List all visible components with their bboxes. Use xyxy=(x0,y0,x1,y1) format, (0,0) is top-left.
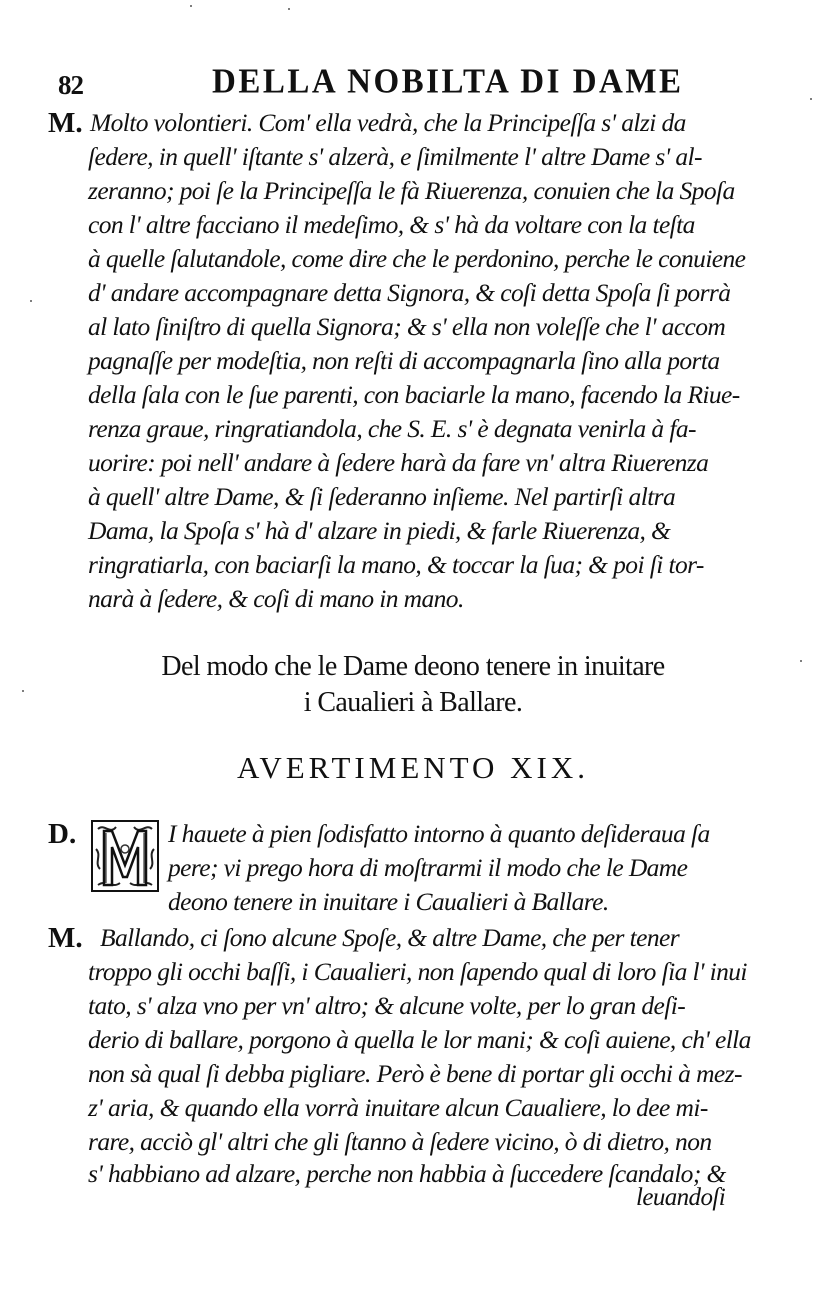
text-line: uorire: poi nell' andare à ſedere harà d… xyxy=(88,447,768,479)
page-number: 82 xyxy=(58,70,83,101)
text-line: à quell' altre Dame, & ſi ſederanno inſi… xyxy=(88,481,768,513)
text-line: Dama, la Spoſa s' hà d' alzare in piedi,… xyxy=(88,515,768,547)
speaker-label: M. xyxy=(48,107,83,139)
catchword: leuandoſi xyxy=(636,1184,725,1212)
text-line: troppo gli occhi baſſi, i Caualieri, non… xyxy=(88,956,768,988)
running-title: DELLA NOBILTA DI DAME xyxy=(212,63,684,102)
running-head: 82 DELLA NOBILTA DI DAME xyxy=(0,62,826,102)
text-line: Molto volontieri. Com' ella vedrà, che l… xyxy=(90,107,770,139)
text-line: tato, s' alza vno per vn' altro; & alcun… xyxy=(88,990,768,1022)
speaker-label: D. xyxy=(48,818,76,850)
avertimento-heading: AVERTIMENTO XIX. xyxy=(0,750,826,786)
section-title-line-1: Del modo che le Dame deono tenere in inu… xyxy=(0,650,826,684)
text-line: I hauete à pien ſodisfatto intorno à qua… xyxy=(168,818,768,850)
text-line: zeranno; poi ſe la Principeſſa le fà Riu… xyxy=(88,175,768,207)
section-title-line-2: i Caualieri à Ballare. xyxy=(0,686,826,720)
text-line: pere; vi prego hora di moſtrarmi il modo… xyxy=(168,852,768,884)
text-line: deono tenere in inuitare i Caualieri à B… xyxy=(168,886,768,918)
scan-speck xyxy=(30,300,32,302)
scan-speck xyxy=(22,690,24,692)
text-line: non sà qual ſi debba pigliare. Però è be… xyxy=(88,1058,768,1090)
text-line: Ballando, ci ſono alcune Spoſe, & altre … xyxy=(100,922,780,954)
text-line: al lato ſiniſtro di quella Signora; & s'… xyxy=(88,311,768,343)
scan-speck xyxy=(190,5,192,7)
scan-speck xyxy=(810,98,812,100)
text-line: della ſala con le ſue parenti, con bacia… xyxy=(88,379,768,411)
text-line: pagnaſſe per modeſtia, non reſti di acco… xyxy=(88,345,768,377)
text-line: z' aria, & quando ella vorrà inuitare al… xyxy=(88,1092,768,1124)
text-line: à quelle ſalutandole, come dire che le p… xyxy=(88,243,768,275)
scan-speck xyxy=(800,660,802,662)
text-line: narà à ſedere, & coſi di mano in mano. xyxy=(88,583,768,615)
text-line: renza graue, ringratiandola, che S. E. s… xyxy=(88,413,768,445)
text-line: d' andare accompagnare detta Signora, & … xyxy=(88,277,768,309)
book-page: 82 DELLA NOBILTA DI DAME M. Molto volont… xyxy=(0,0,826,1303)
text-line: ſedere, in quell' iſtante s' alzerà, e ſ… xyxy=(88,141,768,173)
text-line: ringratiarla, con baciarſi la mano, & to… xyxy=(88,549,768,581)
text-line: derio di ballare, porgono à quella le lo… xyxy=(88,1024,768,1056)
ornamental-dropcap-icon: M xyxy=(90,819,160,893)
speaker-label: M. xyxy=(48,922,83,954)
text-line: rare, acciò gl' altri che gli ſtanno à ſ… xyxy=(88,1126,768,1158)
text-line: con l' altre facciano il medeſimo, & s' … xyxy=(88,209,768,241)
scan-speck xyxy=(288,8,290,10)
